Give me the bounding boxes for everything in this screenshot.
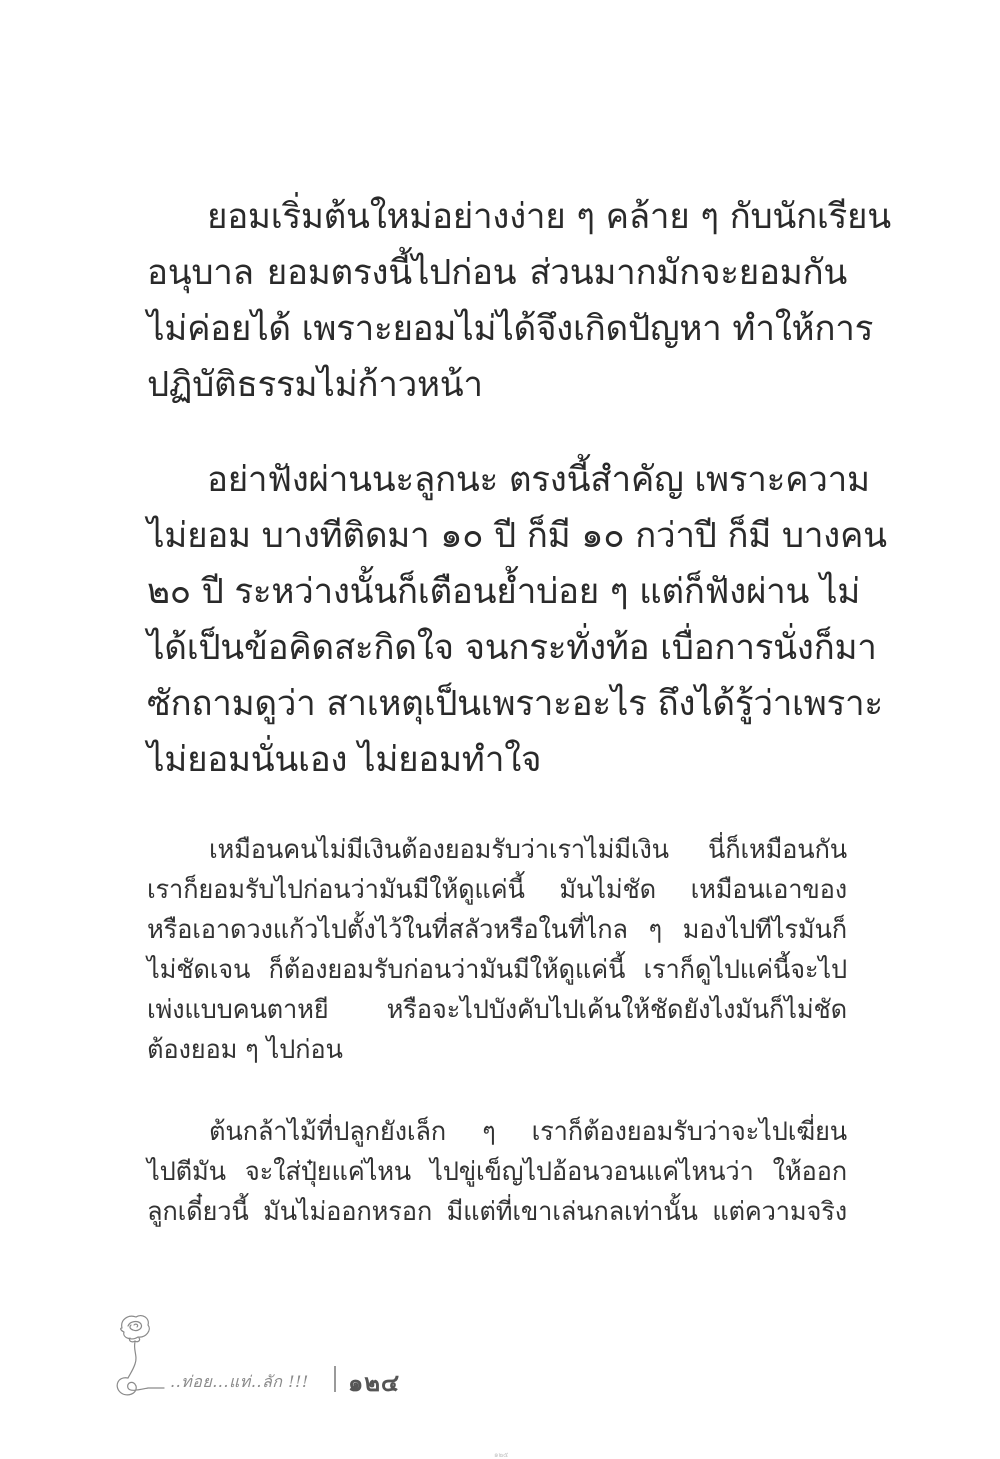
scan-mark: ๑๒๕ xyxy=(494,1450,508,1459)
text-line: ซักถามดูว่า สาเหตุเป็นเพราะอะไร ถึงได้รู… xyxy=(147,677,847,731)
text-line: เพ่งแบบคนตาหยี หรือจะไปบังคับไปเค้นให้ชั… xyxy=(147,990,847,1030)
text-line: ต้นกล้าไม้ที่ปลูกยังเล็ก ๆ เราก็ต้องยอมร… xyxy=(147,1112,847,1152)
text-line: ต้องยอม ๆ ไปก่อน xyxy=(147,1030,847,1070)
text-line: เราก็ยอมรับไปก่อนว่ามันมีให้ดูแค่นี้ มัน… xyxy=(147,870,847,910)
text-line: ปฏิบัติธรรมไม่ก้าวหน้า xyxy=(147,358,847,412)
page-number: ๑๒๔ xyxy=(348,1363,400,1402)
rose-drawing-icon xyxy=(108,1310,178,1400)
text-line: ลูกเดี๋ยวนี้ มันไม่ออกหรอก มีแต่ที่เขาเล… xyxy=(147,1192,847,1232)
text-line: ไม่ชัดเจน ก็ต้องยอมรับก่อนว่ามันมีให้ดูแ… xyxy=(147,950,847,990)
text-line: เหมือนคนไม่มีเงินต้องยอมรับว่าเราไม่มีเง… xyxy=(147,830,847,870)
text-line: ไม่ยอมนั่นเอง ไม่ยอมทำใจ xyxy=(147,733,847,787)
book-page: ยอมเริ่มต้นใหม่อย่างง่าย ๆ คล้าย ๆ กับนั… xyxy=(0,0,1000,1459)
text-line: ได้เป็นข้อคิดสะกิดใจ จนกระทั่งท้อ เบื่อก… xyxy=(147,621,847,675)
text-line: ๒๐ ปี ระหว่างนั้นก็เตือนย้ำบ่อย ๆ แต่ก็ฟ… xyxy=(147,565,847,619)
page-footer: ..ท่อย...แท่..ลัก !!! ๑๒๔ xyxy=(108,1310,508,1400)
text-line: หรือเอาดวงแก้วไปตั้งไว้ในที่สลัวหรือในที… xyxy=(147,910,847,950)
book-title: ..ท่อย...แท่..ลัก !!! xyxy=(170,1370,309,1395)
text-line: ไม่ยอม บางทีติดมา ๑๐ ปี ก็มี ๑๐ กว่าปี ก… xyxy=(147,509,847,563)
text-line: อย่าฟังผ่านนะลูกนะ ตรงนี้สำคัญ เพราะความ xyxy=(147,453,847,507)
text-line: อนุบาล ยอมตรงนี้ไปก่อน ส่วนมากมักจะยอมกั… xyxy=(147,246,847,300)
text-line: ไม่ค่อยได้ เพราะยอมไม่ได้จึงเกิดปัญหา ทำ… xyxy=(147,302,847,356)
text-line: ไปตีมัน จะใส่ปุ๋ยแค่ไหน ไปขู่เข็ญไปอ้อนว… xyxy=(147,1152,847,1192)
footer-divider xyxy=(334,1366,336,1392)
text-line: ยอมเริ่มต้นใหม่อย่างง่าย ๆ คล้าย ๆ กับนั… xyxy=(147,190,847,244)
